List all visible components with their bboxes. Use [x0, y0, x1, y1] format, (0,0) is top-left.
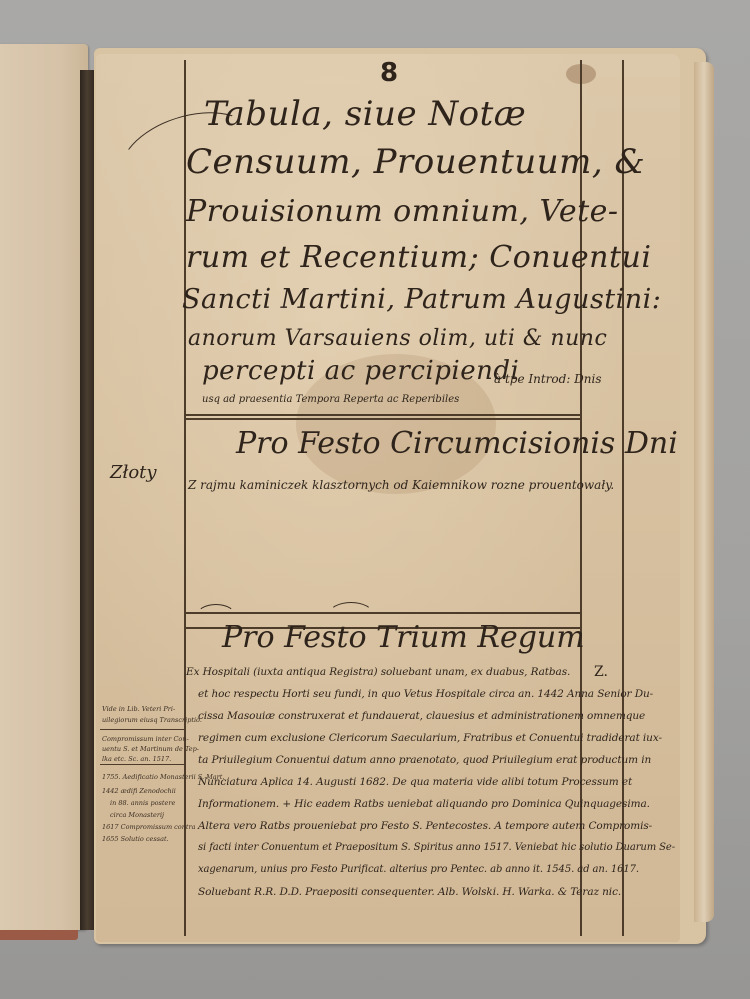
left-page-fragment	[0, 44, 88, 930]
title-line: Censuum, Prouentuum, &	[186, 142, 645, 182]
section-entry: Z rajmu kaminiczek klasztornych od Kaiem…	[188, 478, 614, 492]
section-heading: Pro Festo Circumcisionis Dni.	[236, 426, 680, 461]
title-line: Sancti Martini, Patrum Augustini:	[182, 284, 661, 315]
margin-note-rule	[100, 764, 184, 765]
margin-note: Vide in Lib. Veteri Pri-	[102, 704, 175, 714]
body-line: Altera vero Ratbs proueniebat pro Festo …	[198, 820, 652, 832]
title-line: rum et Recentium; Conuentui	[186, 240, 651, 275]
margin-note: 1755. Aedificatio Monasterii S. Mart.	[102, 772, 224, 782]
body-line: cissa Masouiæ construxerat et fundauerat…	[198, 710, 645, 722]
title-line: Prouisionum omnium, Vete-	[186, 194, 619, 229]
margin-note: Compromissum inter Con-	[102, 734, 189, 744]
margin-note: 1442 ædifi Zenodochii	[102, 786, 176, 796]
section-rule	[184, 414, 580, 416]
margin-note: uilegiorum eiusq Transcriptio.	[102, 715, 202, 725]
title-suffix: à tpe Introd: Dnis	[494, 372, 602, 386]
body-line: regimen cum exclusione Clericorum Saecul…	[198, 732, 662, 744]
body-line: et hoc respectu Horti seu fundi, in quo …	[198, 688, 653, 700]
margin-note: uentu S. et Martinum de Tep-	[102, 744, 199, 754]
body-line: ta Priuilegium Conuentui datum anno prae…	[198, 754, 651, 766]
body-line: xagenarum, unius pro Festo Purificat. al…	[198, 864, 639, 875]
margin-word: Złoty	[110, 462, 157, 483]
margin-note: 1617 Compromissum contra	[102, 822, 196, 832]
right-margin-mark: Z.	[594, 664, 608, 680]
body-line: Ex Hospitali (iuxta antiqua Registra) so…	[186, 666, 570, 678]
body-line: si facti inter Conuentum et Praepositum …	[198, 842, 675, 853]
title-line: Tabula, siue Notæ	[204, 94, 526, 134]
page-edges	[694, 62, 714, 922]
title-subline: usq ad praesentia Tempora Reperta ac Rep…	[202, 394, 459, 405]
title-line: percepti ac percipiendi	[202, 356, 519, 386]
left-page-red-edge	[0, 930, 78, 940]
margin-note: 1655 Solutio cessat.	[102, 834, 169, 844]
manuscript-page: 8 Tabula, siue Notæ Censuum, Prouentuum,…	[96, 54, 680, 942]
body-line: Nunciatura Aplica 14. Augusti 1682. De q…	[198, 776, 632, 788]
margin-note: lka etc. Sc. an. 1517.	[102, 754, 171, 764]
margin-note: circa Monasterij	[110, 810, 164, 820]
body-line: Soluebant R.R. D.D. Praepositi consequen…	[198, 886, 621, 898]
body-line: Informationem. + Hic eadem Ratbs uenieba…	[198, 798, 650, 810]
section-rule	[184, 612, 580, 614]
section-heading: Pro Festo Trium Regum	[222, 620, 585, 655]
margin-note: in 88. annis postere	[110, 798, 175, 808]
section-rule	[184, 418, 580, 420]
title-line: anorum Varsauiens olim, uti & nunc	[188, 326, 607, 351]
margin-note-rule	[100, 729, 184, 730]
page-number: 8	[380, 58, 398, 88]
